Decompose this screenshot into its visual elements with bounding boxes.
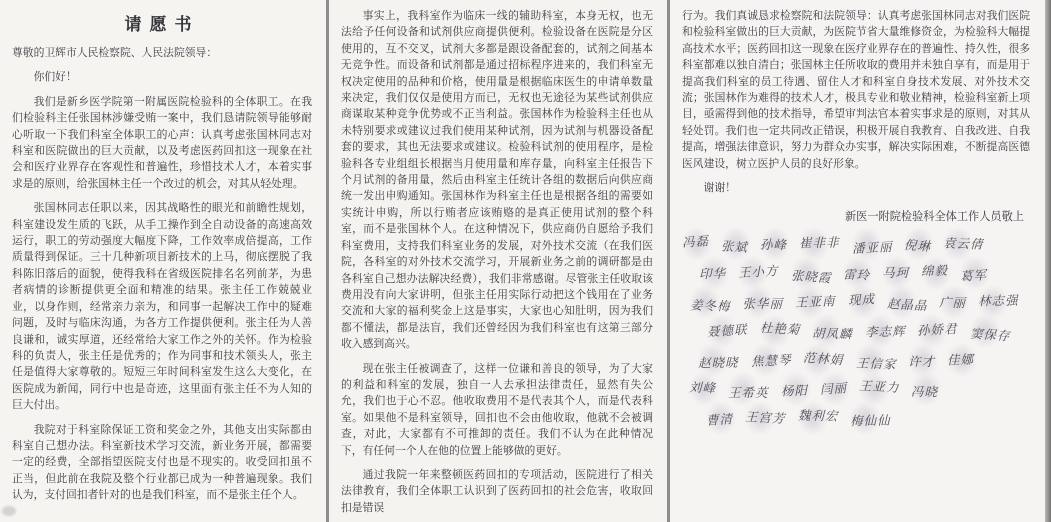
paragraph-procurement: 事实上，我科室作为临床一线的辅助科室，本身无权，也无法给予任何设备和试剂供应商提…	[341, 8, 653, 353]
signature: 曹清	[706, 409, 733, 428]
signature: 王希英	[728, 380, 769, 399]
scan-smudge	[2, 506, 16, 516]
signature-name: 马珂	[882, 263, 909, 281]
signature-name: 王小方	[738, 261, 779, 281]
signature: 赵晶晶	[887, 293, 928, 312]
signature-name: 张华丽	[743, 294, 784, 312]
signature-name: 范林娟	[802, 348, 844, 369]
scanned-petition-page: 请愿书 尊敬的卫辉市人民检察院、人民法院领导： 你们好！ 我们是新乡医学院第一附…	[0, 0, 1051, 522]
signature-name: 王信家	[855, 354, 896, 373]
signature-row: 曹清王宫芳魏利宏梅仙仙	[682, 404, 1030, 433]
signature-name: 冯磊	[681, 232, 709, 252]
signature-name: 雷玲	[843, 265, 871, 284]
signature: 杨阳	[781, 380, 808, 399]
signature: 王小方	[738, 264, 779, 283]
signature: 范林娟	[803, 351, 844, 370]
signature: 许才	[908, 351, 935, 370]
signature-row: 赵晓晓焦慧琴范林娟王信家许才佳娜	[682, 346, 1030, 375]
signature: 孙娇君	[917, 322, 958, 341]
signature: 焦慧琴	[751, 351, 792, 370]
signature: 张斌	[721, 235, 748, 254]
scan-edge	[1045, 0, 1051, 522]
signature-name: 胡凤麟	[812, 324, 853, 343]
signature: 梅仙仙	[850, 409, 891, 428]
signature: 刘峰	[689, 380, 716, 399]
signature-row: 冯磊张斌孙峰崔非非潘亚丽倪琳袁云倩	[682, 230, 1030, 259]
paragraph-appeal: 行为。我们真诚恳求检察院和法院领导：认真考虑张国林同志对我们医院和检验科室做出的…	[682, 8, 1030, 172]
signature-name: 聂德联	[706, 320, 748, 341]
signature-name: 闫丽	[819, 379, 847, 399]
column-2: 事实上，我科室作为临床一线的辅助科室，本身无权，也无法给予任何设备和试剂供应商提…	[329, 0, 667, 522]
signature-name: 曹清	[705, 410, 733, 430]
signature-row: 聂德联杜艳菊胡凤麟李志辉孙娇君窦保存	[682, 317, 1030, 346]
signature: 杜艳菊	[760, 322, 801, 341]
signature: 魏利宏	[798, 409, 839, 428]
signature: 张晓霞	[791, 264, 832, 283]
signature: 林志强	[978, 293, 1019, 312]
signature-name: 孙娇君	[917, 319, 958, 339]
paragraph-education-start: 通过我院一年来整顿医药回扣的专项活动，医院进行了相关法律教育，我们全体职工认识到…	[341, 467, 653, 516]
signature-name: 赵晓晓	[698, 353, 739, 372]
signoff-line: 新医一附院检验科全体工作人员敬上	[682, 208, 1024, 224]
signature: 姜冬梅	[690, 293, 731, 312]
signature: 孙峰	[760, 235, 787, 254]
signature: 袁云倩	[943, 235, 984, 254]
signature: 马珂	[882, 264, 909, 283]
document-title: 请愿书	[12, 10, 312, 35]
signature: 王亚力	[859, 380, 900, 399]
signature-row: 刘峰王希英杨阳闫丽王亚力冯晓	[682, 375, 1030, 404]
signature: 聂德联	[707, 322, 748, 341]
signature-name: 梅仙仙	[850, 411, 891, 430]
signature-name: 佳娜	[947, 350, 975, 369]
signature-name: 冯晓	[911, 382, 938, 400]
signature: 王信家	[856, 351, 897, 370]
signature: 李志辉	[865, 322, 906, 341]
signature-name: 广丽	[939, 293, 966, 311]
signature: 王亚南	[795, 293, 836, 312]
signature-name: 林志强	[978, 291, 1019, 310]
signature: 崔非非	[799, 235, 840, 254]
paragraph-funding: 我院对于科室除保证工资和奖金之外，其他支出实际都由科室自己想办法。科室新技术学习…	[12, 422, 312, 504]
signature: 佳娜	[947, 351, 974, 370]
signature-name: 张斌	[721, 237, 749, 256]
signature: 绵毅	[921, 264, 948, 283]
signature-name: 姜冬梅	[690, 296, 731, 315]
paragraph-investigation: 现在张主任被调查了，这样一位谦和善良的领导，为了大家的利益和科室的发展，独自一人…	[341, 361, 653, 459]
signature: 雷玲	[843, 264, 870, 283]
signature-name: 王亚南	[795, 292, 836, 311]
signature-name: 袁云倩	[943, 234, 984, 253]
signature-name: 张晓霞	[790, 266, 832, 287]
signature-name: 王宫芳	[745, 407, 786, 427]
greeting: 你们好！	[12, 69, 312, 85]
signature-name: 杜艳菊	[759, 318, 800, 338]
signatures-block: 冯磊张斌孙峰崔非非潘亚丽倪琳袁云倩印华王小方张晓霞雷玲马珂绵毅葛军姜冬梅张华丽王…	[682, 230, 1030, 433]
signature: 冯晓	[911, 380, 938, 399]
signature: 冯磊	[682, 235, 709, 254]
signature: 张华丽	[743, 293, 784, 312]
signature-name: 孙峰	[760, 235, 787, 253]
signature: 赵晓晓	[698, 351, 739, 370]
signature-name: 魏利宏	[797, 406, 838, 425]
signature-name: 焦慧琴	[750, 350, 791, 370]
signature-name: 杨阳	[780, 381, 808, 400]
signature-row: 印华王小方张晓霞雷玲马珂绵毅葛军	[682, 259, 1030, 288]
signature: 倪琳	[904, 235, 931, 254]
signature-name: 李志辉	[864, 322, 905, 341]
signature-name: 崔非非	[799, 233, 840, 252]
signature-name: 印华	[699, 264, 726, 282]
column-3: 行为。我们真诚恳求检察院和法院领导：认真考虑张国林同志对我们医院和检验科室做出的…	[670, 0, 1044, 522]
signature-name: 王希英	[728, 383, 769, 401]
salutation: 尊敬的卫辉市人民检察院、人民法院领导：	[12, 45, 312, 61]
signature: 广丽	[939, 293, 966, 312]
signature-name: 许才	[908, 352, 935, 370]
signature-row: 姜冬梅张华丽王亚南现成赵晶晶广丽林志强	[682, 288, 1030, 317]
signature-name: 刘峰	[689, 378, 717, 397]
signature: 胡凤麟	[812, 322, 853, 341]
signature-name: 倪琳	[903, 236, 931, 256]
paragraph-intro: 我们是新乡医学院第一附属医院检验科的全体职工。在我们检验科主任张国林涉嫌受贿一案…	[12, 94, 312, 192]
thanks-line: 谢谢！	[682, 180, 1030, 196]
column-1: 请愿书 尊敬的卫辉市人民检察院、人民法院领导： 你们好！ 我们是新乡医学院第一附…	[0, 0, 326, 522]
signature-name: 葛军	[959, 266, 987, 286]
signature: 现成	[848, 293, 875, 312]
signature: 潘亚丽	[852, 235, 893, 254]
signature-name: 窦保存	[969, 324, 1011, 345]
signature-name: 现成	[847, 290, 875, 310]
signature-name: 绵毅	[921, 261, 949, 280]
signature-name: 王亚力	[858, 376, 899, 396]
signature-name: 潘亚丽	[851, 237, 892, 257]
signature: 闫丽	[820, 380, 847, 399]
signature: 窦保存	[970, 322, 1011, 341]
signature-name: 赵晶晶	[886, 294, 927, 314]
signature: 王宫芳	[745, 409, 786, 428]
paragraph-achievements: 张国林同志任职以来，因其战略性的眼光和前瞻性规划，科室建设发生质的飞跃，从手工操…	[12, 200, 312, 413]
signature: 葛军	[960, 264, 987, 283]
signature: 印华	[699, 264, 726, 283]
